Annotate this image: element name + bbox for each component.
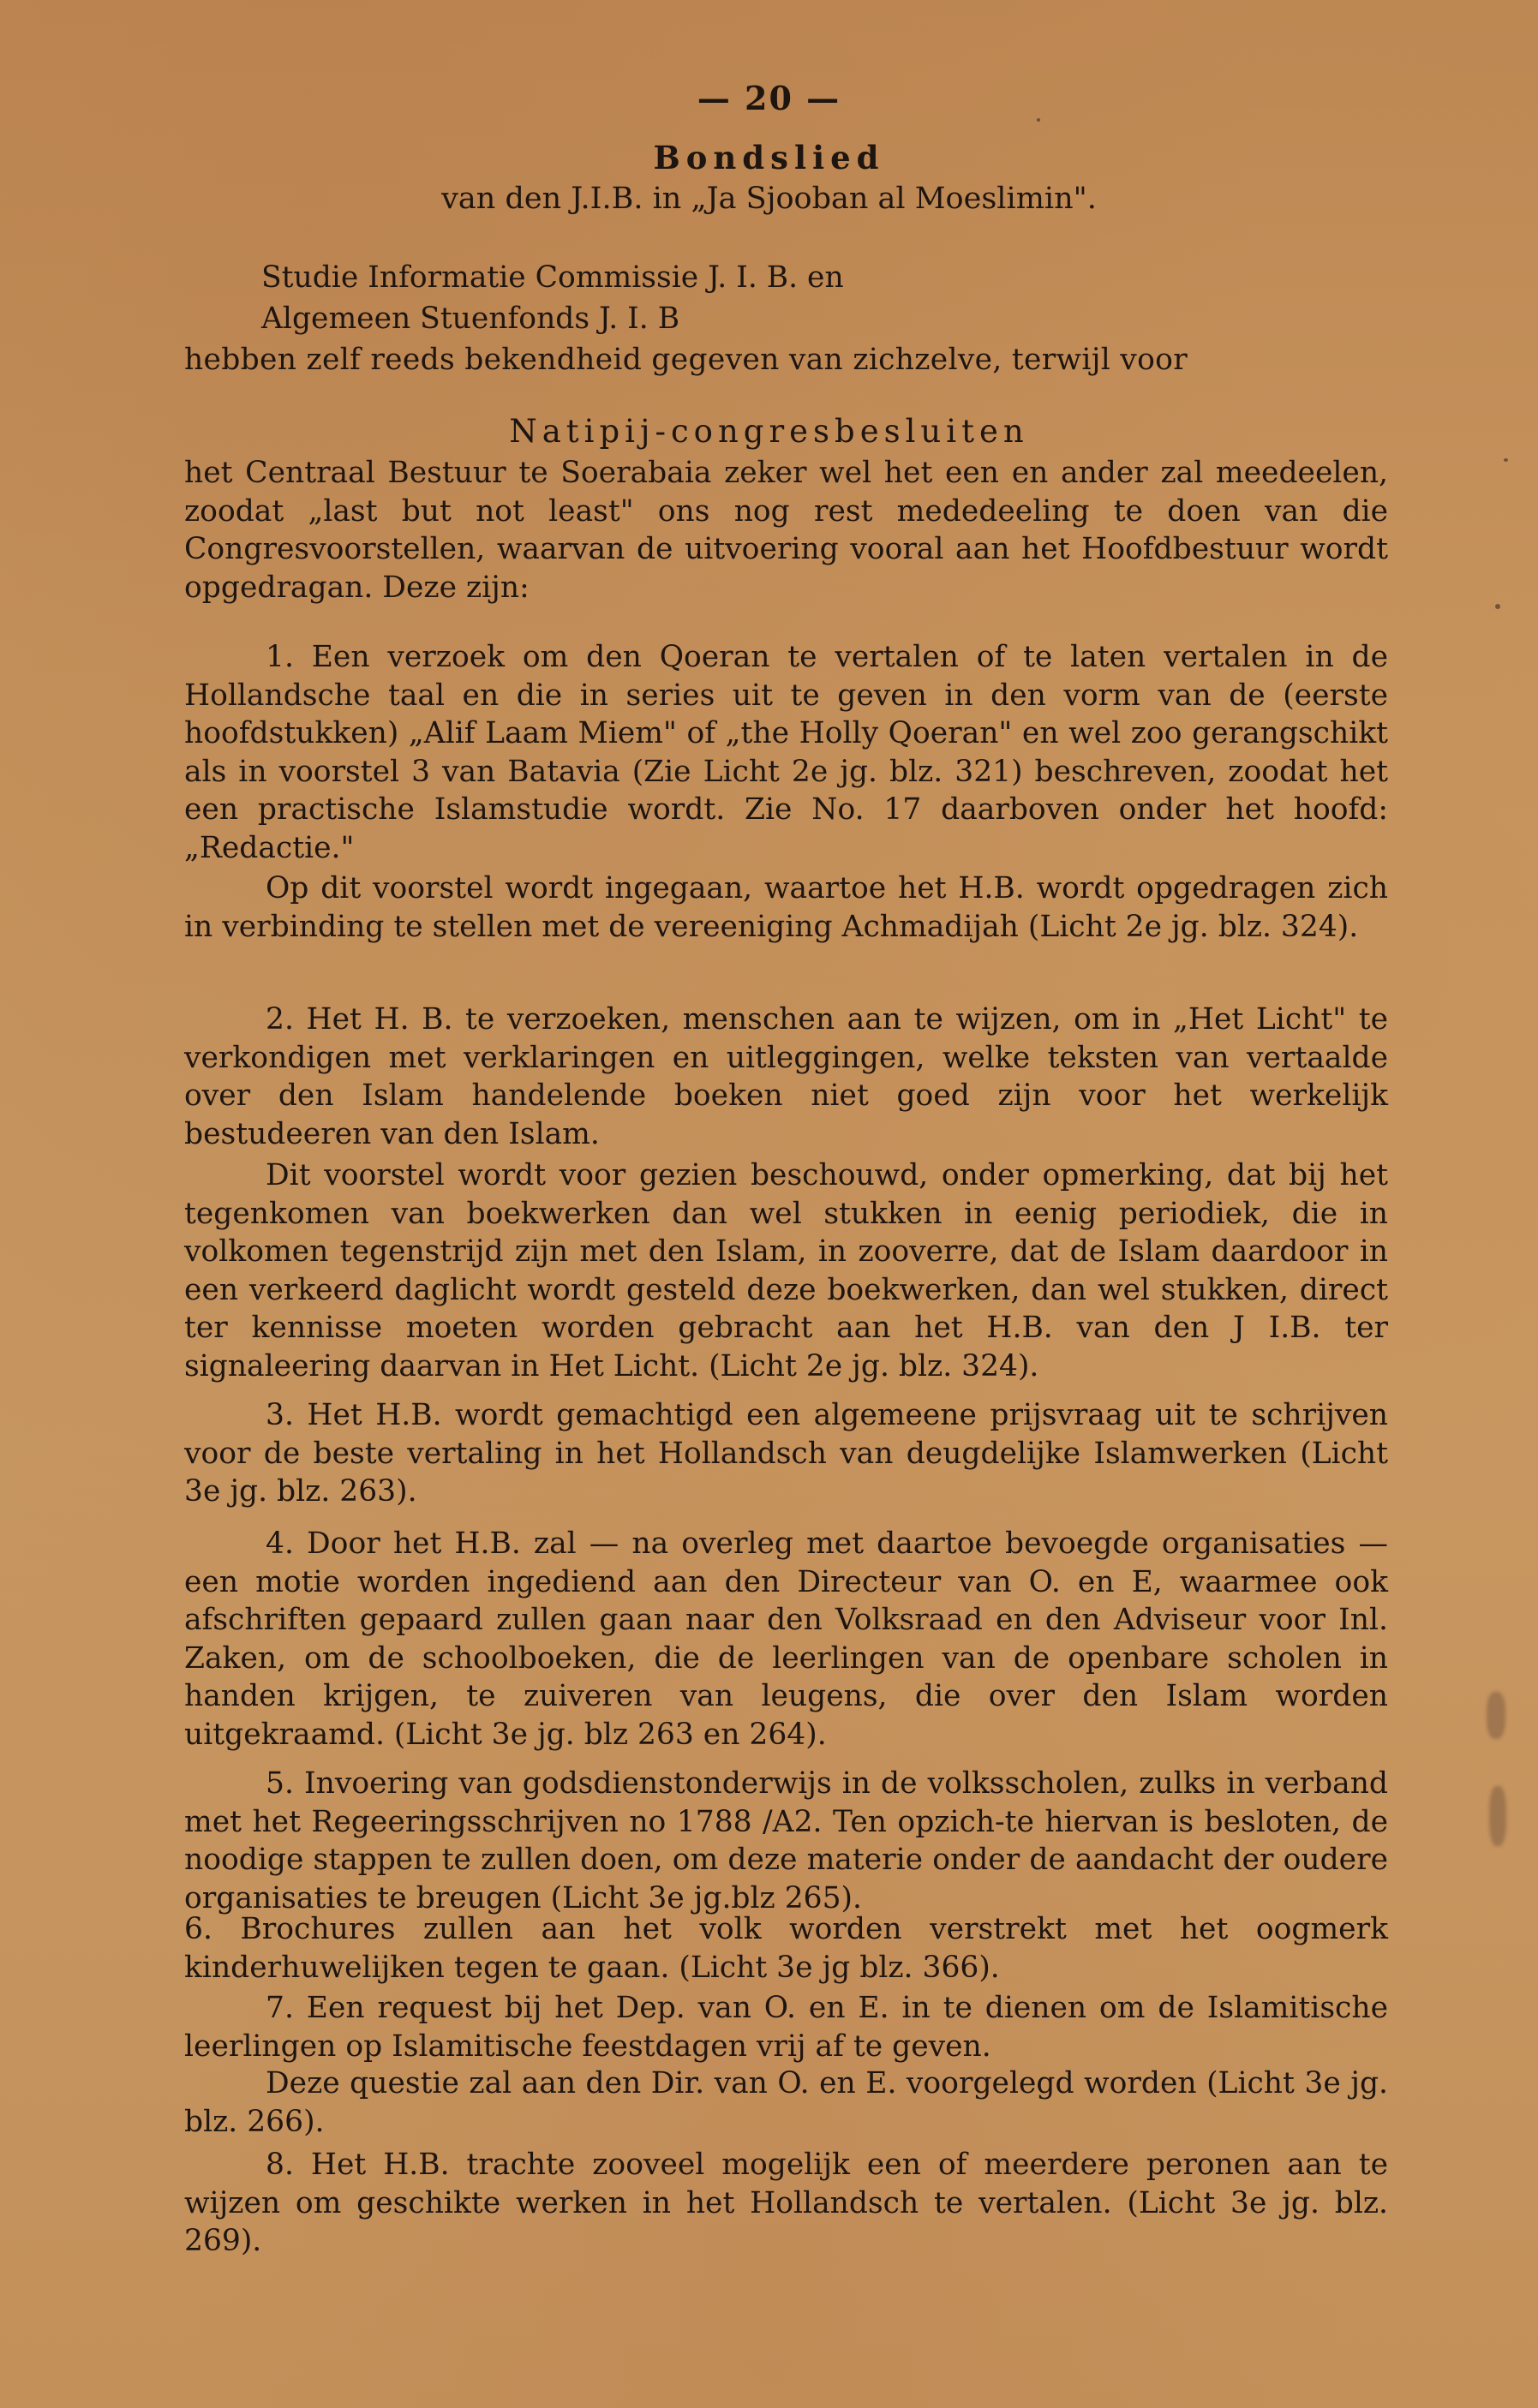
paper-stain-mark: [1487, 1692, 1505, 1739]
item-2-followup: Dit voorstel wordt voor gezien beschouwd…: [184, 1156, 1388, 1385]
scanned-page: — 20 — Bondslied van den J.I.B. in „Ja S…: [0, 0, 1538, 2408]
section-intro: het Centraal Bestuur te Soerabaia zeker …: [184, 454, 1388, 606]
item-7: 7. Een request bij het Dep. van O. en E.…: [184, 1989, 1388, 2065]
item-3-text: 3. Het H.B. wordt gemachtigd een algemee…: [184, 1396, 1388, 1511]
item-2-followup-text: Dit voorstel wordt voor gezien beschouwd…: [184, 1156, 1388, 1385]
item-1: 1. Een verzoek om den Qoeran te vertalen…: [184, 638, 1388, 867]
item-6-text: 6. Brochures zullen aan het volk worden …: [184, 1910, 1388, 1987]
intro-line-2: Algemeen Stuenfonds J. I. B: [261, 300, 679, 338]
item-5: 5. Invoering van godsdienstonderwijs in …: [184, 1765, 1388, 1917]
item-2: 2. Het H. B. te verzoeken, menschen aan …: [184, 1001, 1388, 1153]
item-1-followup: Op dit voorstel wordt ingegaan, waartoe …: [184, 869, 1388, 946]
item-4: 4. Door het H.B. zal — na overleg met da…: [184, 1525, 1388, 1754]
item-6: 6. Brochures zullen aan het volk worden …: [184, 1910, 1388, 1987]
intro-line-1: Studie Informatie Commissie J. I. B. en: [261, 259, 844, 296]
item-5-text: 5. Invoering van godsdienstonderwijs in …: [184, 1765, 1388, 1917]
song-title: Bondslied: [0, 139, 1538, 176]
item-8: 8. Het H.B. trachte zooveel mogelijk een…: [184, 2146, 1388, 2261]
intro-line-3: hebben zelf reeds bekendheid gegeven van…: [184, 341, 1375, 379]
item-1-followup-text: Op dit voorstel wordt ingegaan, waartoe …: [184, 869, 1388, 946]
page-number: — 20 —: [0, 79, 1538, 117]
item-7-text: 7. Een request bij het Dep. van O. en E.…: [184, 1989, 1388, 2065]
item-7-followup: Deze questie zal aan den Dir. van O. en …: [184, 2064, 1388, 2141]
item-1-text: 1. Een verzoek om den Qoeran te vertalen…: [184, 638, 1388, 867]
paper-speck: [1037, 118, 1040, 122]
section-intro-text: het Centraal Bestuur te Soerabaia zeker …: [184, 454, 1388, 606]
paper-stain-mark: [1489, 1786, 1506, 1846]
item-8-text: 8. Het H.B. trachte zooveel mogelijk een…: [184, 2146, 1388, 2261]
paper-speck: [1504, 458, 1508, 462]
item-2-text: 2. Het H. B. te verzoeken, menschen aan …: [184, 1001, 1388, 1153]
section-heading: Natipij-congresbesluiten: [0, 413, 1538, 450]
item-3: 3. Het H.B. wordt gemachtigd een algemee…: [184, 1396, 1388, 1511]
item-7-followup-text: Deze questie zal aan den Dir. van O. en …: [184, 2064, 1388, 2141]
item-4-text: 4. Door het H.B. zal — na overleg met da…: [184, 1525, 1388, 1754]
song-subtitle: van den J.I.B. in „Ja Sjooban al Moeslim…: [0, 182, 1538, 216]
paper-speck: [1495, 604, 1500, 609]
